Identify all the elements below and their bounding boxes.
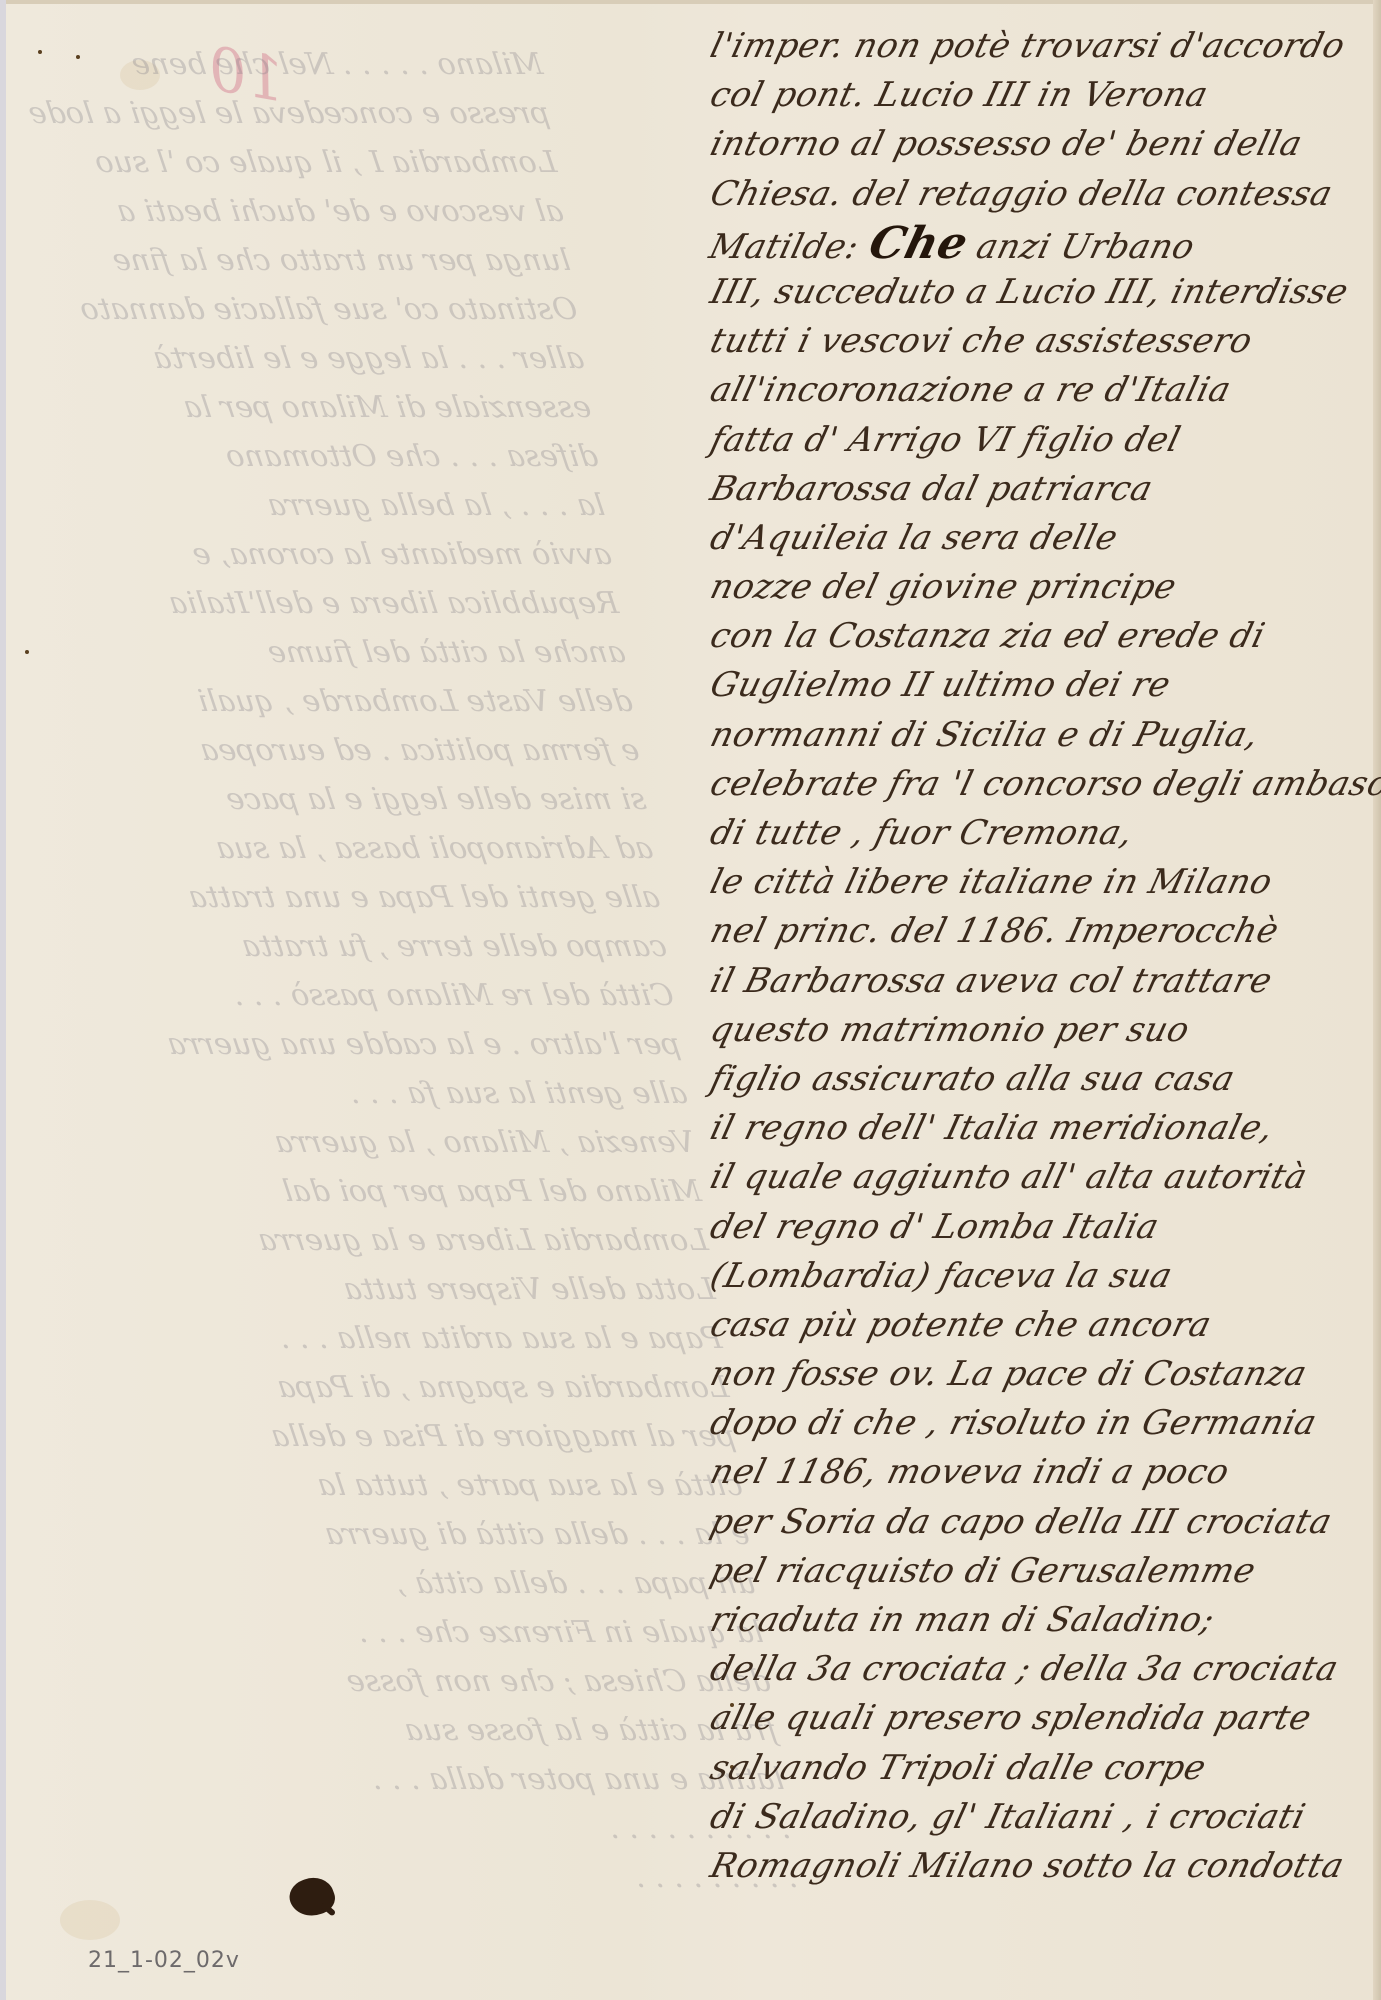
manuscript-line: con la Costanza zia ed erede di [705, 612, 1381, 661]
manuscript-line: fatta d' Arrigo VI figlio del [705, 416, 1381, 465]
manuscript-line: Barbarossa dal patriarca [705, 465, 1381, 514]
manuscript-line: all'incoronazione a re d'Italia [705, 366, 1381, 415]
bleed-through-line: città e la sua parte , tutta la [99, 1461, 746, 1510]
bleed-through-line: Papa e la sua ardita nella . . . [78, 1314, 725, 1363]
bleed-through-line: alle genti del Papa e una tratta [16, 873, 663, 922]
bleed-through-line: Milano del Papa per poi dal [58, 1167, 705, 1216]
paper-edge-top [0, 0, 1381, 4]
manuscript-line: dopo di che , risoluto in Germania [705, 1399, 1381, 1448]
bleed-through-line: campo delle terre , fu tratta [23, 922, 670, 971]
shelfmark-label: 21_1-02_02v [88, 1948, 240, 1973]
manuscript-line: di tutte , fuor Cremona, [705, 809, 1381, 858]
bleed-through-line: . . . . . . . . . . [147, 1804, 794, 1853]
manuscript-line: il regno dell' Italia meridionale, [705, 1104, 1381, 1153]
bleed-through-line: lunga per un tratto che la fine [0, 236, 574, 285]
manuscript-line: Romagnoli Milano sotto la condotta [705, 1842, 1381, 1891]
manuscript-line: casa più potente che ancora [705, 1301, 1381, 1350]
bleed-through-line: fra la città e la fosse sua [133, 1706, 780, 1755]
bleed-through-line: al vescovo e de' duchi beati a [0, 187, 567, 236]
manuscript-line: pel riacquisto di Gerusalemme [705, 1547, 1381, 1596]
manuscript-line: nel princ. del 1186. Imperocchè [705, 907, 1381, 956]
bleed-through-line: un papa . . . della città , [113, 1559, 760, 1608]
bleed-through-line: anche la città del fiume [0, 628, 629, 677]
manuscript-line: del regno d' Lomba Italia [705, 1203, 1381, 1252]
bleed-through-line: Ostinato co' sue fallacie dannato [0, 285, 580, 334]
manuscript-line: III, succeduto a Lucio III, interdisse [705, 268, 1381, 317]
manuscript-line: per Soria da capo della III crociata [705, 1498, 1381, 1547]
bleed-through-line: alle genti la sua fa . . . [44, 1069, 691, 1118]
bleed-through-line: Città del re Milano passò . . . [30, 971, 677, 1020]
manuscript-line: le città libere italiane in Milano [705, 858, 1381, 907]
bleed-through-line: e la . . . della città di guerra [106, 1510, 753, 1559]
bleed-through-line: e ferma politica . ed europea [0, 726, 642, 775]
manuscript-line: della 3a crociata ; della 3a crociata [705, 1645, 1381, 1694]
manuscript-line: questo matrimonio per suo [705, 1006, 1381, 1055]
manuscript-line: celebrate fra 'l concorso degli ambasc. [705, 760, 1381, 809]
bleed-through-line: Venezia , Milano , la guerra [51, 1118, 698, 1167]
emphasized-word: Che [864, 218, 973, 269]
manuscript-line: alle quali presero splendida parte [705, 1694, 1381, 1743]
bleed-through-line: avviò mediante la corona, e [0, 530, 615, 579]
bleed-through-line: la quale in Firenze che . . . [120, 1608, 767, 1657]
manuscript-line: ricaduta in man di Saladino; [705, 1596, 1381, 1645]
bleed-through-line: della Chiesa ; che non fosse [126, 1657, 773, 1706]
bleed-through-line: difesa . . . che Ottomano [0, 432, 601, 481]
manuscript-line: tutti i vescovi che assistessero [705, 317, 1381, 366]
bleed-through-line: aller . . . la legge e le libertà [0, 334, 587, 383]
bleed-through-line: . . . . . . . . . [154, 1853, 801, 1902]
manuscript-line: Matilde: Che anzi Urbano [705, 219, 1381, 268]
manuscript-line: nel 1186, moveva indi a poco [705, 1448, 1381, 1497]
manuscript-line: il Barbarossa aveva col trattare [705, 957, 1381, 1006]
manuscript-line: d'Aquileia la sera delle [705, 514, 1381, 563]
bleed-through-line: si mise delle leggi e la pace [2, 775, 649, 824]
manuscript-line: di Saladino, gl' Italiani , i crociati [705, 1793, 1381, 1842]
bleed-through-line: delle Vaste Lombarde , quali [0, 677, 636, 726]
bleed-through-line: Lombardia I , il quale co 'l suo [0, 138, 560, 187]
manuscript-line: salvando Tripoli dalle corpe [705, 1744, 1381, 1793]
bleed-through-line: latina e una poter dalla . . . [140, 1755, 787, 1804]
bleed-through-line: Lombardia Libera e la guerra [64, 1216, 711, 1265]
bleed-through-line: essenziale di Milano per la [0, 383, 594, 432]
bleed-through-line: per al maggiore di Pisa e della [92, 1412, 739, 1461]
bleed-through-line: ad Adrianopoli bassa , la sua [9, 824, 656, 873]
manuscript-line: Guglielmo II ultimo dei re [705, 661, 1381, 710]
bleed-through-text: Milano . . . . . Nel che benepresso e co… [0, 40, 801, 1902]
main-handwritten-text: l'imper. non potè trovarsi d'accordocol … [705, 22, 1370, 1891]
bleed-through-line: la . . . , la bella guerra [0, 481, 608, 530]
manuscript-page: 10 Milano . . . . . Nel che benepresso e… [0, 0, 1381, 2000]
foxing-stain [60, 1900, 120, 1940]
bleed-through-line: Lombardia e spagna , di Papa [85, 1363, 732, 1412]
bleed-through-line: presso e concedeva le leggi a lode [0, 89, 553, 138]
bleed-through-line: Milano . . . . . Nel che bene [0, 40, 546, 89]
bleed-through-line: Repubblica libera e dell'Italia [0, 579, 622, 628]
manuscript-line: nozze del giovine principe [705, 563, 1381, 612]
manuscript-line: intorno al possesso de' beni della [705, 120, 1381, 169]
bleed-through-line: per l'altro . e la cadde una guerra [37, 1020, 684, 1069]
manuscript-line: l'imper. non potè trovarsi d'accordo [705, 22, 1381, 71]
manuscript-line: col pont. Lucio III in Verona [705, 71, 1381, 120]
manuscript-line: il quale aggiunto all' alta autorità [705, 1153, 1381, 1202]
manuscript-line: figlio assicurato alla sua casa [705, 1055, 1381, 1104]
manuscript-line: Chiesa. del retaggio della contessa [705, 170, 1381, 219]
bleed-through-line: Lotta delle Vispere tutta [71, 1265, 718, 1314]
manuscript-line: normanni di Sicilia e di Puglia, [705, 711, 1381, 760]
manuscript-line: (Lombardia) faceva la sua [705, 1252, 1381, 1301]
manuscript-line: non fosse ov. La pace di Costanza [705, 1350, 1381, 1399]
